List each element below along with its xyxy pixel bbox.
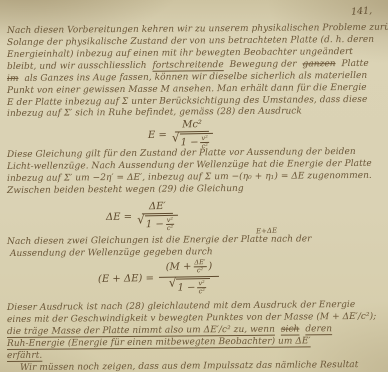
text-fragment: als Ganzes ins Auge fassen, können wir d… [24,71,367,84]
manuscript-line: Aussendung der Wellenzüge gegeben durch [10,247,213,260]
text-fragment: Bewegung der [230,59,297,70]
manuscript-line: Ruh-Energie (Energie für einen mitbewegt… [7,336,311,350]
equation-lhs: ΔE = [106,212,132,223]
inline-fraction-bottom: c² [199,289,205,297]
struck-word: ganzen [302,59,335,69]
manuscript-line: Wir müssen noch zeigen, dass aus dem Imp… [20,360,358,372]
fraction-denominator: √ 1 − v² c² [169,277,210,297]
radical-sign: √ [169,278,177,288]
inline-fraction: ΔE′ c² [193,259,206,275]
fraction-numerator: ΔE′ [142,201,173,215]
radical-sign: √ [137,214,145,224]
fraction: (M + ΔE′ c² ) √ 1 − v² c² [159,259,220,297]
radical-sign: √ [172,132,180,142]
underlined-word: fortschreitende [152,60,223,71]
equation-delta-energy: ΔE = ΔE′ √ 1 − v² c² [106,201,178,234]
inline-fraction-bottom: c² [167,225,173,233]
underlined-text: deren [305,324,332,334]
inline-fraction-bottom: c² [197,268,203,276]
text-fragment: (M + [166,262,192,273]
page-number: 141, [350,5,372,17]
manuscript-line: erfährt. [7,351,42,362]
struck-word: sich [281,324,300,334]
fraction-numerator: Mc² [175,119,209,133]
text-fragment: ) [208,261,212,272]
underlined-text: die träge Masse der Platte nimmt also um… [7,325,275,337]
inline-fraction: v² c² [197,280,206,296]
fraction-numerator: (M + ΔE′ c² ) [159,259,220,278]
text-fragment: 1 − [146,219,164,230]
inline-fraction: v² c² [166,217,175,233]
text-fragment: Platte [341,59,368,69]
equation-energy: E = Mc² √ 1 − v² c² [148,119,213,152]
text-fragment: 1 − [181,138,199,149]
equation-lhs: E = [148,130,167,141]
fraction: Mc² √ 1 − v² c² [172,119,213,152]
fraction: ΔE′ √ 1 − v² c² [137,201,178,234]
text-fragment: 1 − [177,283,195,294]
manuscript-page: 141, Nach diesen Vorbereitungen kehren w… [0,0,388,372]
text-fragment: bleibt, und wir ausschliesslich [7,61,147,72]
manuscript-line: Nach diesen zwei Gleichungen ist die Ene… [7,234,312,248]
struck-word: im [7,74,19,84]
equation-energy-after-emission: (E + ΔE) = (M + ΔE′ c² ) √ 1 − v² c² [98,259,220,298]
manuscript-line: inbezug auf Σ′ um −2η′ = ΔE′, inbezug au… [7,171,372,185]
manuscript-line: inbezug auf Σ′ sich in Ruhe befindet, ge… [7,106,302,120]
manuscript-line: Zwischen beiden besteht wegen (29) die G… [7,184,244,197]
fraction-denominator: √ 1 − v² c² [137,214,178,234]
equation-lhs: (E + ΔE) = [98,273,154,285]
